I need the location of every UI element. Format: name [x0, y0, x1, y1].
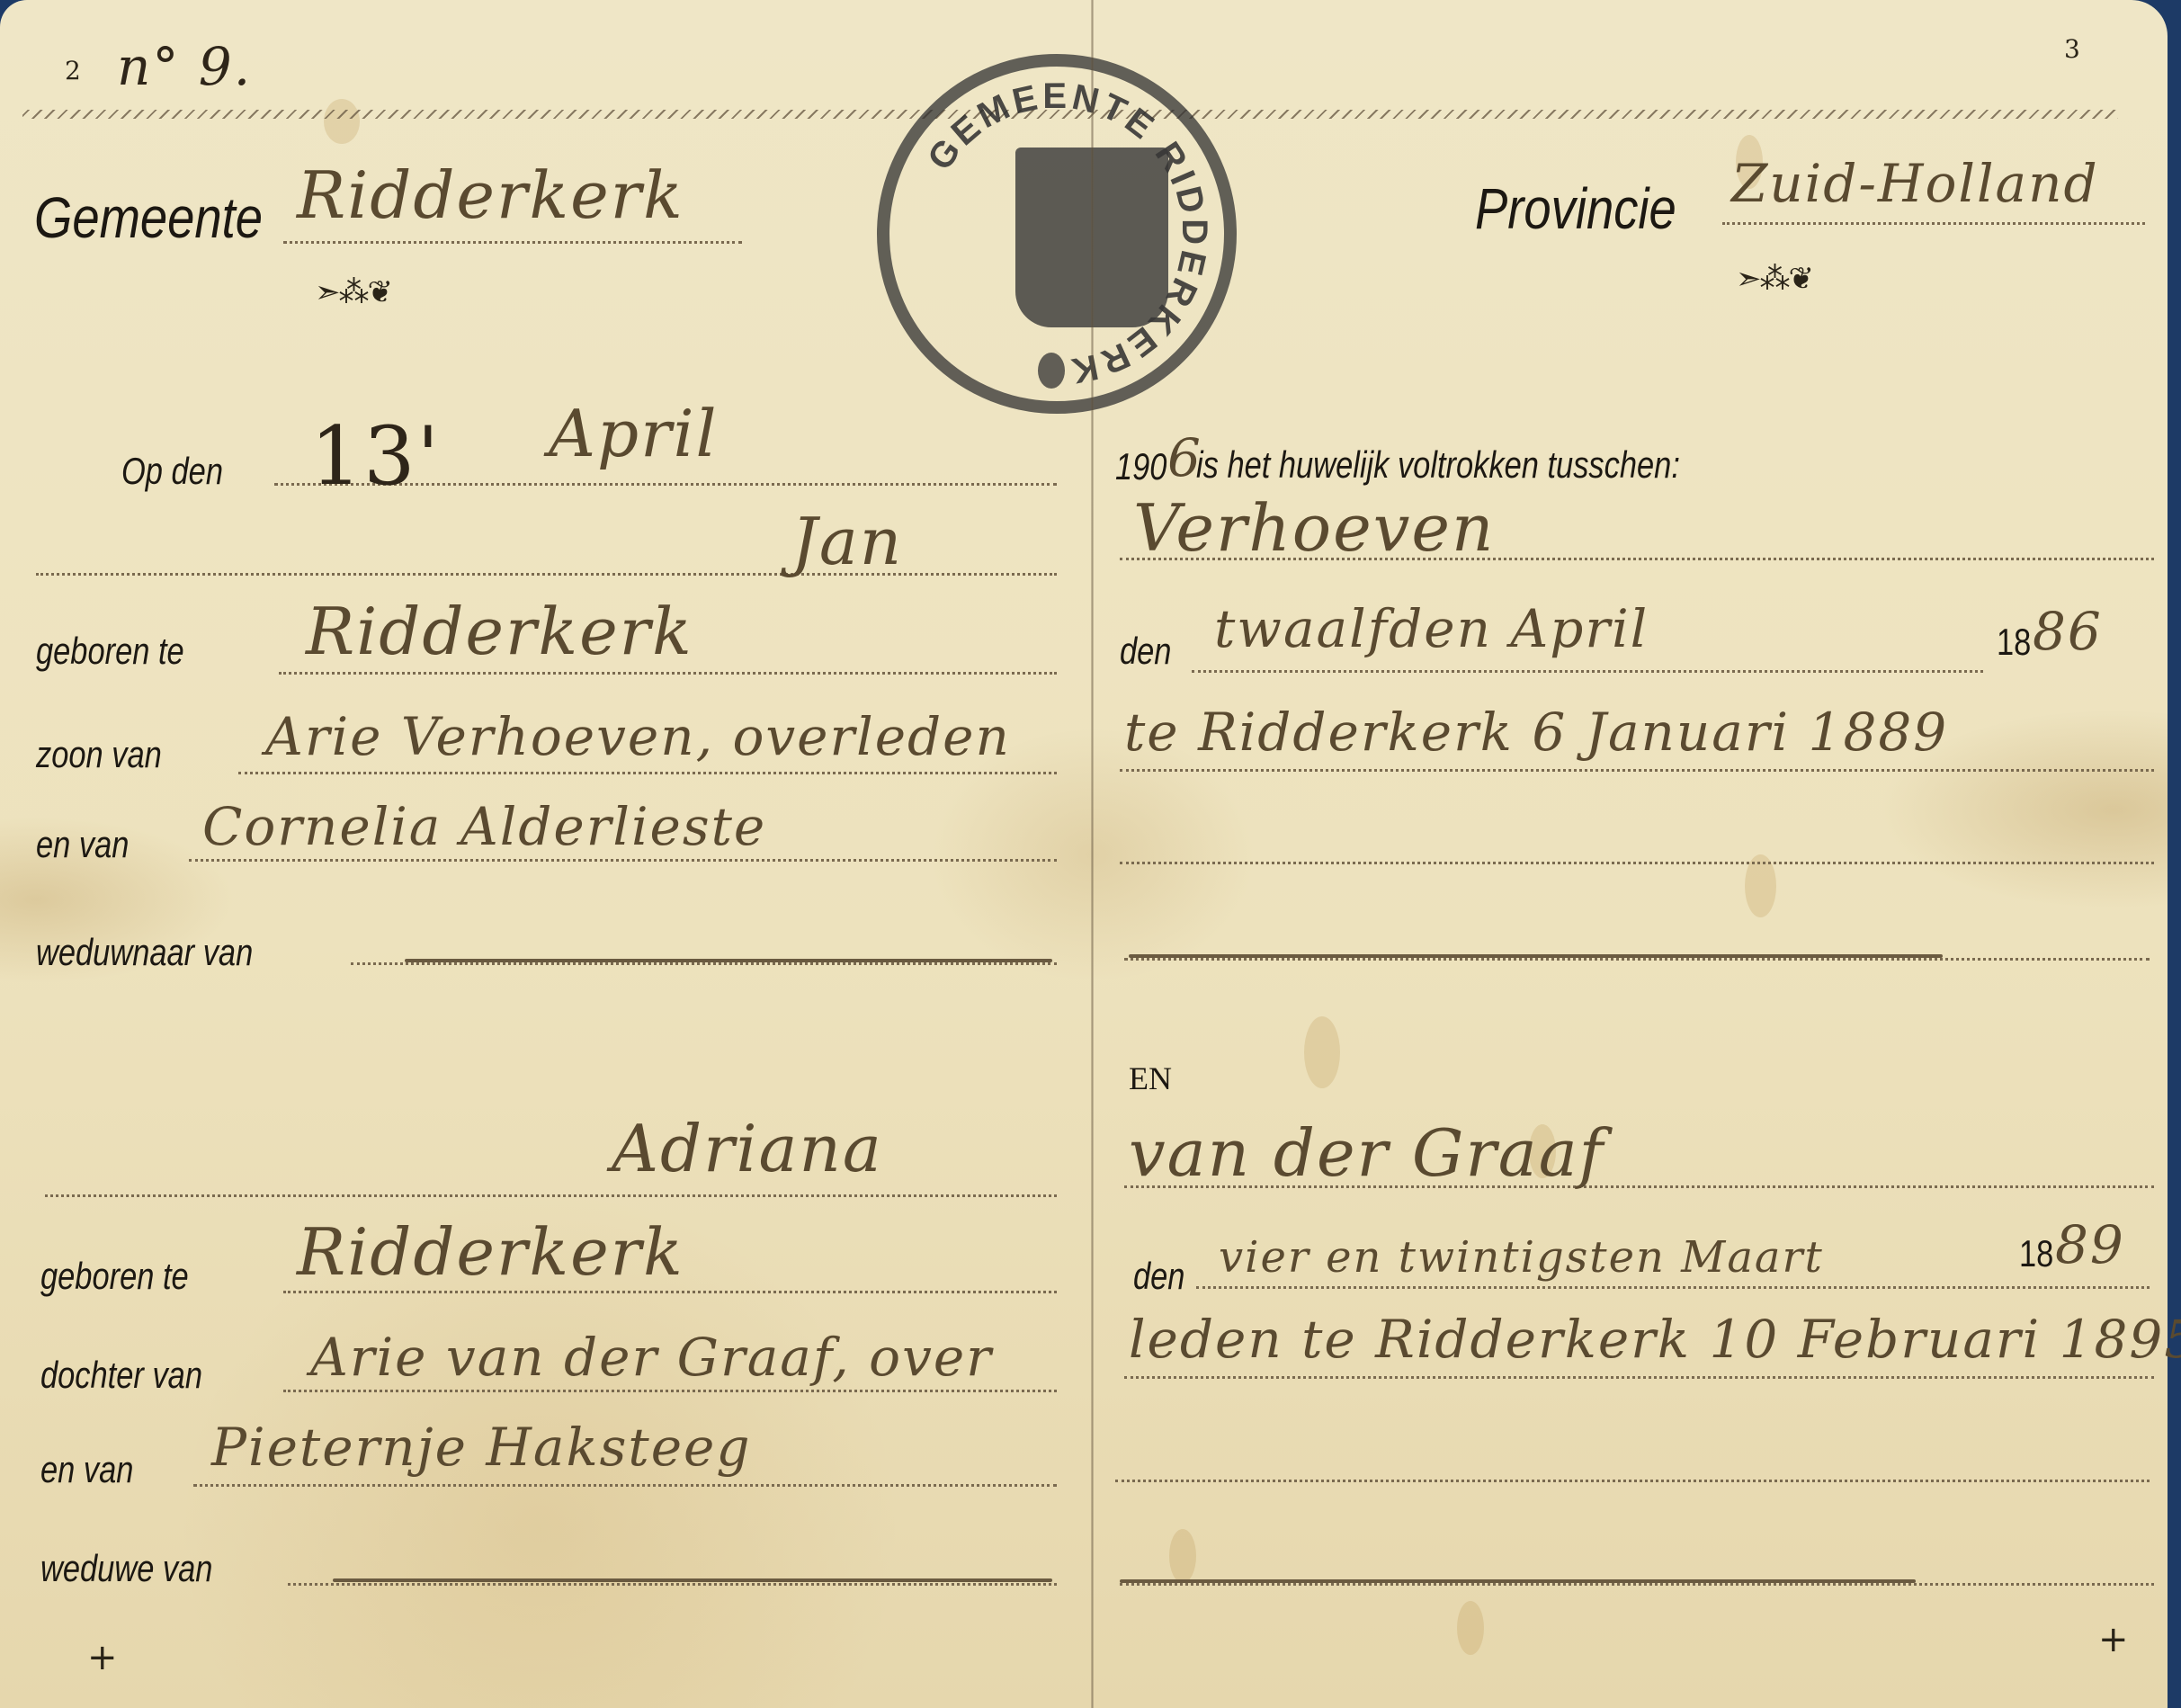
en-conjunction: EN: [1129, 1060, 1172, 1097]
groom-geboren-dotline: [279, 672, 1057, 675]
groom-surname: Verhoeven: [1133, 490, 1495, 566]
bride-father-death: leden te Ridderkerk 10 Februari 1895: [1129, 1309, 2181, 1370]
bride-surname: van der Graaf: [1129, 1115, 1604, 1191]
cross-mark-right: +: [2098, 1619, 2129, 1660]
stamp-ornament: [1038, 353, 1065, 389]
weduwnaar-label: weduwnaar van: [36, 931, 253, 974]
bride-weduwe-strike-line: [1120, 1579, 1916, 1583]
bride-mother: Pieternje Haksteeg: [211, 1417, 752, 1478]
bride-first-name: Adriana: [612, 1111, 883, 1186]
weduwe-strike-line: [333, 1578, 1052, 1582]
groom-en-van-label: en van: [36, 823, 129, 866]
op-den-label: Op den: [121, 450, 223, 493]
groom-birthdate: twaalfden April: [1214, 598, 1649, 659]
bride-birthyear-printed: 18: [2019, 1232, 2053, 1275]
groom-mother: Cornelia Alderlieste: [202, 796, 766, 857]
groom-den-label: den: [1120, 630, 1171, 673]
bride-geboren-label: geboren te: [40, 1255, 189, 1298]
dochter-van-dotline: [283, 1390, 1057, 1392]
groom-birthyear-printed: 18: [1997, 621, 2031, 664]
bride-extra-dotline: [1115, 1480, 2150, 1482]
bride-birthplace: Ridderkerk: [297, 1214, 684, 1290]
op-den-day: 13': [310, 409, 441, 504]
weduwnaar-dotline: [351, 962, 1057, 965]
op-den-month: April: [549, 396, 719, 471]
gemeente-label: Gemeente: [34, 184, 263, 251]
bride-geboren-dotline: [283, 1291, 1057, 1293]
groom-extra-dotline: [1120, 862, 2154, 864]
groom-name-dotline: [36, 573, 1057, 576]
groom-birthyear-handwritten: 86: [2033, 601, 2103, 662]
cross-mark-left: +: [87, 1637, 118, 1678]
groom-weduwnaar-dotline: [1124, 958, 2150, 961]
groom-father-death: te Ridderkerk 6 Januari 1889: [1124, 702, 1948, 763]
page-number-right: 3: [2064, 34, 2080, 64]
bride-father: Arie van der Graaf, over: [310, 1327, 993, 1388]
groom-geboren-label: geboren te: [36, 630, 184, 673]
weduwe-dotline: [288, 1583, 1057, 1586]
groom-weduwnaar-strike-line: [1129, 954, 1943, 958]
groom-death-dotline: [1120, 769, 2154, 772]
groom-father: Arie Verhoeven, overleden: [265, 706, 1011, 767]
dochter-van-label: dochter van: [40, 1354, 202, 1397]
provincie-label: Provincie: [1475, 175, 1676, 242]
gemeente-value: Ridderkerk: [297, 157, 684, 233]
bride-den-label: den: [1133, 1255, 1184, 1298]
page-number-left: 2: [65, 56, 81, 85]
ornament-icon: ➣⁂❦: [315, 274, 391, 310]
register-number: n° 9.: [117, 36, 252, 97]
bride-death-dotline: [1124, 1376, 2154, 1379]
zoon-van-label: zoon van: [36, 733, 162, 776]
bride-name-dotline: [45, 1194, 1057, 1197]
bride-en-van-dotline: [193, 1484, 1057, 1487]
groom-first-name: Jan: [791, 504, 903, 579]
bride-weduwe-dotline: [1120, 1583, 2154, 1586]
bride-birthdate-dotline: [1196, 1286, 2150, 1289]
marriage-certificate-booklet: 2 n° 9. Gemeente Ridderkerk ➣⁂❦ Op den 1…: [0, 0, 2168, 1708]
provincie-dotline: [1722, 222, 2145, 225]
zoon-van-dotline: [238, 772, 1057, 774]
weduwnaar-strike-line: [405, 959, 1052, 962]
provincie-value: Zuid-Holland: [1731, 153, 2099, 214]
groom-birthdate-dotline: [1192, 670, 1983, 673]
bride-birthyear-handwritten: 89: [2055, 1214, 2125, 1275]
right-page: 3 Provincie Zuid-Holland ➣⁂❦ 190 6 is he…: [1093, 0, 2168, 1708]
marriage-statement: is het huwelijk voltrokken tusschen:: [1196, 443, 1680, 487]
weduwe-label: weduwe van: [40, 1547, 212, 1590]
groom-en-van-dotline: [189, 859, 1057, 862]
bride-en-van-label: en van: [40, 1448, 133, 1491]
gemeente-dotline: [283, 241, 742, 244]
bride-birthdate: vier en twintigsten Maart: [1219, 1232, 1824, 1283]
year-printed: 190: [1115, 445, 1166, 488]
ornament-icon: ➣⁂❦: [1736, 261, 1812, 297]
groom-birthplace: Ridderkerk: [306, 594, 693, 669]
